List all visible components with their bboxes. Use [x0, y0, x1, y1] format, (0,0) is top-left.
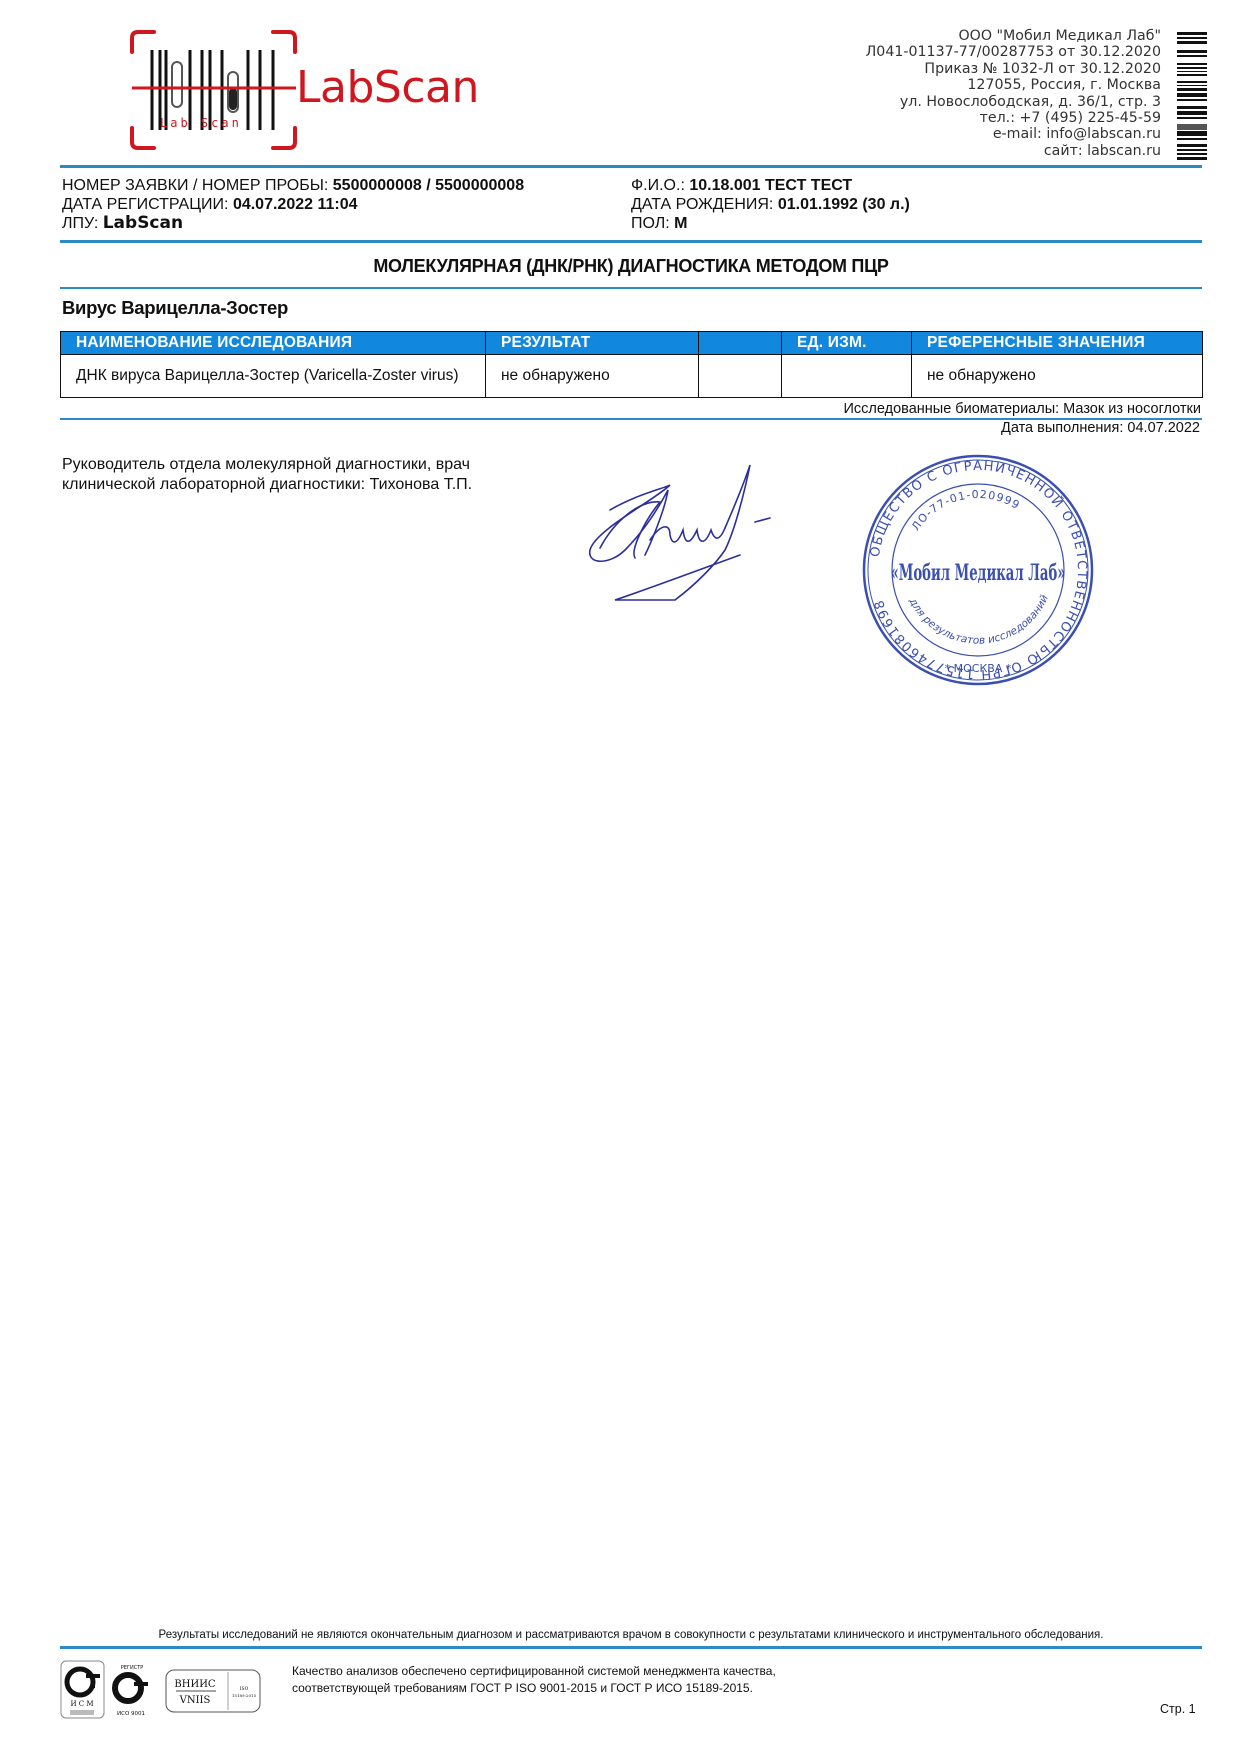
lpu: ЛПУ: LabScan — [62, 214, 183, 233]
svg-text:И С М: И С М — [70, 1700, 93, 1708]
info-divider — [60, 240, 1202, 243]
header-divider — [60, 165, 1202, 168]
biomaterial: Исследованные биоматериалы: Мазок из нос… — [844, 401, 1202, 417]
date-of-birth: ДАТА РОЖДЕНИЯ: 01.01.1992 (30 л.) — [631, 195, 910, 214]
footer-divider — [60, 1646, 1202, 1649]
order-number-value: 5500000008 / 5500000008 — [333, 177, 524, 194]
date-of-birth-value: 01.01.1992 (30 л.) — [778, 196, 910, 213]
sex-value: М — [674, 215, 687, 232]
results-table: НАИМЕНОВАНИЕ ИССЛЕДОВАНИЯ РЕЗУЛЬТАТ ЕД. … — [60, 331, 1203, 398]
company-info: ООО "Мобил Медикал Лаб" Л041-01137-77/00… — [866, 28, 1161, 159]
svg-text:«Мобил Медикал Лаб»: «Мобил Медикал Лаб» — [891, 560, 1066, 586]
quality-statement: Качество анализов обеспечено сертифициро… — [292, 1663, 776, 1697]
vniis-logo-icon: ВНИИС VNIIS ISO 15189:2015 — [166, 1670, 260, 1712]
company-street: ул. Новослободская, д. 36/1, стр. 3 — [866, 94, 1161, 110]
department-head: Руководитель отдела молекулярной диагнос… — [62, 455, 472, 495]
cell-reference: не обнаружено — [912, 355, 1203, 398]
svg-text:ИСО 9001: ИСО 9001 — [117, 1711, 145, 1717]
report-title: МОЛЕКУЛЯРНАЯ (ДНК/РНК) ДИАГНОСТИКА МЕТОД… — [60, 256, 1202, 277]
svg-text:ISO: ISO — [240, 1686, 249, 1692]
disclaimer: Результаты исследований не являются окон… — [60, 1629, 1202, 1641]
section-title: Вирус Варицелла-Зостер — [62, 297, 288, 319]
lpu-value: LabScan — [103, 213, 183, 233]
sex: ПОЛ: М — [631, 214, 688, 233]
svg-text:* МОСКВА *: * МОСКВА * — [945, 662, 1012, 675]
column-header-blank — [699, 332, 782, 355]
table-row: ДНК вируса Варицелла-Зостер (Varicella-Z… — [61, 355, 1203, 398]
logo-wordmark: LabScan — [296, 62, 479, 113]
svg-text:VNIIS: VNIIS — [179, 1695, 211, 1706]
patient-name: Ф.И.О.: 10.18.001 ТЕСТ ТЕСТ — [631, 176, 852, 195]
order-number: НОМЕР ЗАЯВКИ / НОМЕР ПРОБЫ: 5500000008 /… — [62, 176, 524, 195]
cell-units — [782, 355, 912, 398]
svg-text:Lab Scan: Lab Scan — [160, 116, 242, 130]
registration-date-value: 04.07.2022 11:04 — [233, 196, 358, 213]
svg-text:15189:2015: 15189:2015 — [232, 1693, 257, 1698]
company-city: 127055, Россия, г. Москва — [866, 77, 1161, 93]
column-header-units: ЕД. ИЗМ. — [782, 332, 912, 355]
handwritten-signature-icon — [575, 450, 790, 610]
column-header-test-name: НАИМЕНОВАНИЕ ИССЛЕДОВАНИЯ — [61, 332, 486, 355]
svg-text:ВНИИС: ВНИИС — [174, 1679, 216, 1690]
cell-blank — [699, 355, 782, 398]
column-header-reference: РЕФЕРЕНСНЫЕ ЗНАЧЕНИЯ — [912, 332, 1203, 355]
svg-text:ЛО-77-01-020999: ЛО-77-01-020999 — [909, 488, 1022, 533]
company-phone: тел.: +7 (495) 225-45-59 — [866, 110, 1161, 126]
company-email: e-mail: info@labscan.ru — [866, 126, 1161, 142]
company-order: Приказ № 1032-Л от 30.12.2020 — [866, 61, 1161, 77]
svg-text:РЕГИСТР: РЕГИСТР — [121, 1665, 144, 1671]
company-site: сайт: labscan.ru — [866, 143, 1161, 159]
company-name: ООО "Мобил Медикал Лаб" — [866, 28, 1161, 44]
rst-register-logo-icon: РЕГИСТР ИСО 9001 — [115, 1665, 148, 1717]
page-number: Стр. 1 — [1160, 1702, 1196, 1716]
rst-ism-logo-icon: И С М — [61, 1661, 104, 1718]
barcode-icon — [1177, 32, 1207, 160]
registration-date: ДАТА РЕГИСТРАЦИИ: 04.07.2022 11:04 — [62, 195, 358, 214]
certification-logos: И С М РЕГИСТР ИСО 9001 ВНИИС VNIIS ISO 1… — [60, 1660, 270, 1720]
table-header-row: НАИМЕНОВАНИЕ ИССЛЕДОВАНИЯ РЕЗУЛЬТАТ ЕД. … — [61, 332, 1203, 355]
cell-result: не обнаружено — [486, 355, 699, 398]
title-divider — [60, 287, 1202, 289]
cell-test-name: ДНК вируса Варицелла-Зостер (Varicella-Z… — [61, 355, 486, 398]
organization-stamp-icon: ОБЩЕСТВО С ОГРАНИЧЕННОЙ ОТВЕТСТВЕННОСТЬЮ… — [858, 450, 1098, 690]
company-license: Л041-01137-77/00287753 от 30.12.2020 — [866, 44, 1161, 60]
completion-date: Дата выполнения: 04.07.2022 — [1001, 420, 1200, 436]
column-header-result: РЕЗУЛЬТАТ — [486, 332, 699, 355]
patient-name-value: 10.18.001 ТЕСТ ТЕСТ — [689, 177, 852, 194]
